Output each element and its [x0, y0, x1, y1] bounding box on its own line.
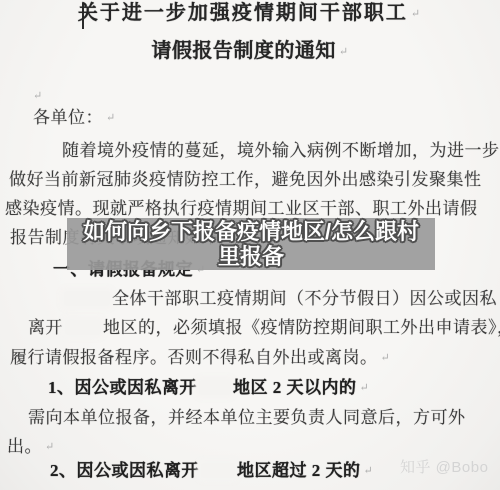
- document-photo: 关于进一步加强疫情期间干部职工↵ 请假报告制度的通知↵ ↵ 各单位：↵ 随着境外…: [0, 0, 500, 490]
- doc-paragraph3-line1: 需向本单位报备，并经本单位主要负责人同意后，方可外: [28, 408, 466, 428]
- paragraph-text: 做好当前新冠肺炎疫情防控工作，避免因外出感染引发聚集性: [9, 170, 482, 189]
- doc-paragraph1-line1: 随着境外疫情的蔓延，境外输入病例不断增加，为进一步: [62, 141, 500, 161]
- doc-title-line2-text: 请假报告制度的通知: [151, 40, 336, 62]
- doc-paragraph2-line2: 离开地区的，必须填报《疫情防控期间职工外出申请表》，: [28, 318, 500, 338]
- paragraph-text: 感染疫情。现就严格执行疫情期间工业区干部、职工外出请假: [5, 199, 478, 218]
- zhihu-watermark: 知乎 @Bobo: [400, 456, 488, 477]
- doc-title-line1-text: 关于进一步加强疫情期间干部职工: [78, 2, 408, 24]
- redacted-text-blur: [199, 380, 231, 395]
- doc-heading-3: 2、因公或因私离开地区超过 2 天的↵: [50, 461, 373, 481]
- paragraph-mark: ↵: [106, 108, 116, 128]
- doc-title-line2: 请假报告制度的通知↵: [0, 41, 500, 62]
- paragraph-text: 离开: [28, 318, 63, 337]
- heading-text: 2、因公或因私离开: [50, 461, 199, 480]
- paragraph-mark: ↵: [411, 4, 422, 24]
- heading-text: 地区超过 2 天的: [237, 461, 361, 480]
- redacted-text-blur: [65, 320, 101, 335]
- caption-line2: 里报备: [218, 244, 284, 269]
- paragraph-mark: ↵: [33, 86, 43, 106]
- empty-line-mark: ↵: [30, 86, 43, 106]
- heading-text: 1、因公或因私离开: [48, 378, 197, 397]
- caption-line1: 如何向乡下报备疫情地区/怎么跟村: [83, 219, 419, 244]
- doc-paragraph2-line3: 履行请假报备程序。否则不得私自外出或离岗。↵: [10, 348, 390, 368]
- redacted-text-blur: [64, 291, 110, 306]
- doc-heading-2: 1、因公或因私离开地区 2 天以内的↵: [48, 378, 369, 398]
- paragraph-text: 地区的，必须填报《疫情防控期间职工外出申请表》，: [103, 318, 500, 337]
- paragraph-text: 需向本单位报备，并经本单位主要负责人同意后，方可外: [28, 408, 466, 427]
- paragraph-text: 出。: [7, 437, 42, 456]
- doc-paragraph2-line1: 全体干部职工疫情期间（不分节假日）因公或因私: [62, 289, 497, 309]
- doc-paragraph3-line2: 出。↵: [7, 437, 55, 457]
- doc-salutation: 各单位：↵: [33, 108, 116, 128]
- heading-text: 地区 2 天以内的: [233, 378, 357, 397]
- redacted-text-blur: [201, 463, 235, 478]
- paragraph-mark: ↵: [339, 42, 349, 62]
- paragraph-mark: ↵: [45, 437, 55, 457]
- paragraph-mark: ↵: [360, 378, 370, 398]
- paragraph-text: 全体干部职工疫情期间（不分节假日）因公或因私: [112, 289, 497, 308]
- salutation-text: 各单位：: [33, 108, 103, 127]
- caption-overlay: 如何向乡下报备疫情地区/怎么跟村 里报备: [67, 218, 435, 270]
- paragraph-text: 随着境外疫情的蔓延，境外输入病例不断增加，为进一步: [62, 141, 500, 160]
- paragraph-mark: ↵: [364, 461, 374, 481]
- doc-paragraph1-line3: 感染疫情。现就严格执行疫情期间工业区干部、职工外出请假: [5, 199, 478, 219]
- doc-title-line1: 关于进一步加强疫情期间干部职工↵: [0, 3, 500, 24]
- paragraph-mark: ↵: [381, 348, 391, 368]
- doc-paragraph1-line2: 做好当前新冠肺炎疫情防控工作，避免因外出感染引发聚集性: [9, 170, 482, 190]
- paragraph-text: 履行请假报备程序。否则不得私自外出或离岗。: [10, 348, 378, 367]
